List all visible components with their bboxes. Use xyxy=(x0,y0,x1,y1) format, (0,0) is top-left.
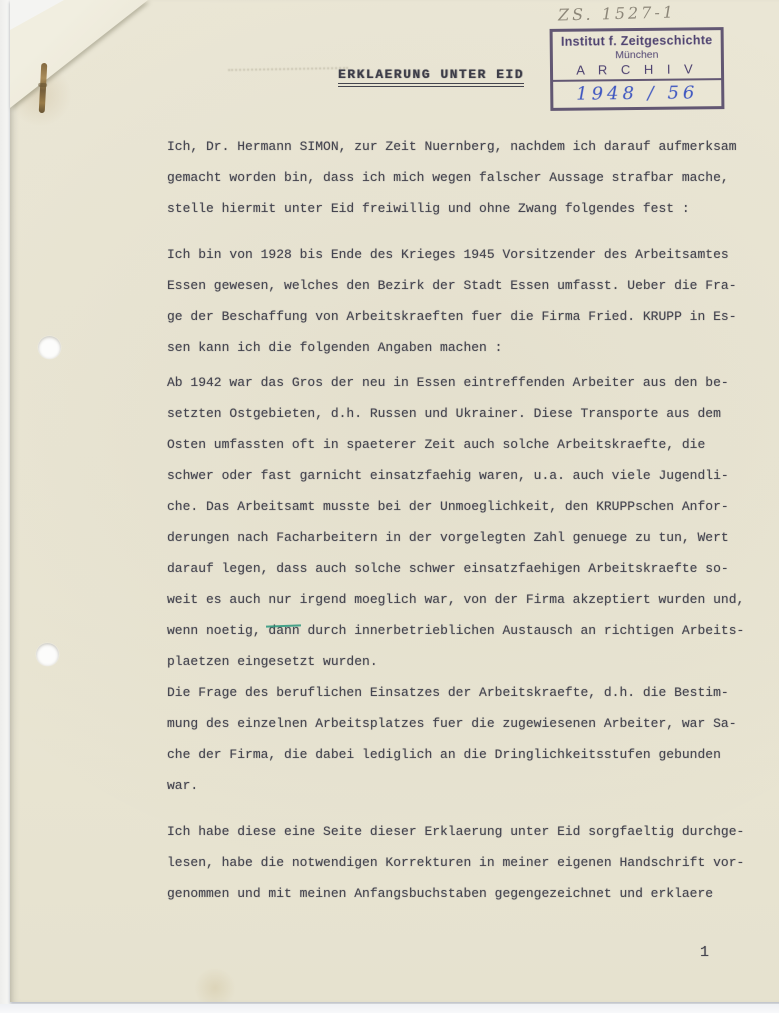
typewritten-line: darauf legen, dass auch solche schwer ei… xyxy=(167,553,767,584)
typewritten-line: sen kann ich die folgenden Angaben mache… xyxy=(167,332,767,363)
paragraph-closing: Ich habe diese eine Seite dieser Erklaer… xyxy=(167,816,767,909)
typewritten-line: ge der Beschaffung von Arbeitskraeften f… xyxy=(167,301,767,332)
pencil-archive-note: ZS. 1527-1 xyxy=(558,2,676,24)
typewritten-line: Ich habe diese eine Seite dieser Erklaer… xyxy=(167,816,767,847)
document-body: Ich, Dr. Hermann SIMON, zur Zeit Nuernbe… xyxy=(167,131,767,909)
document-scan: ZS. 1527-1 Institut f. Zeitgeschichte Mü… xyxy=(0,0,779,1013)
pencil-smudge xyxy=(228,57,348,71)
page-number: 1 xyxy=(700,944,709,961)
typewritten-line: Ich bin von 1928 bis Ende des Krieges 19… xyxy=(167,239,767,270)
corner-fold xyxy=(10,0,160,120)
scanner-edge xyxy=(0,1004,779,1013)
punch-hole-bottom xyxy=(36,643,59,666)
paragraph-oath-intro: Ich, Dr. Hermann SIMON, zur Zeit Nuernbe… xyxy=(167,131,767,224)
typewritten-line: Die Frage des beruflichen Einsatzes der … xyxy=(167,677,767,708)
line-segment: wenn noetig, xyxy=(167,623,268,638)
typewritten-line: genommen und mit meinen Anfangsbuchstabe… xyxy=(167,878,767,909)
typewritten-line: derungen nach Facharbeitern in der vorge… xyxy=(167,522,767,553)
typewritten-line: Ich, Dr. Hermann SIMON, zur Zeit Nuernbe… xyxy=(167,131,767,162)
typewritten-line: che der Firma, die dabei lediglich an di… xyxy=(167,739,767,770)
stamp-handwritten-number: 1948 / 56 xyxy=(553,78,721,108)
document-title: ERKLAERUNG UNTER EID xyxy=(338,67,524,87)
punch-hole-top xyxy=(38,336,61,359)
typewritten-line: Osten umfassten oft in spaeterer Zeit au… xyxy=(167,429,767,460)
paper-sheet: ZS. 1527-1 Institut f. Zeitgeschichte Mü… xyxy=(10,0,779,1002)
stamp-institute: Institut f. Zeitgeschichte xyxy=(553,30,721,49)
typewritten-line: Essen gewesen, welches den Bezirk der St… xyxy=(167,270,767,301)
typewritten-line: schwer oder fast garnicht einsatzfaehig … xyxy=(167,460,767,491)
stamp-archive-label: A R C H I V xyxy=(553,60,721,80)
typewritten-line: stelle hiermit unter Eid freiwillig und … xyxy=(167,193,767,224)
line-segment: durch innerbetrieblichen Austausch an ri… xyxy=(300,623,745,638)
typewritten-line: war. xyxy=(167,770,767,801)
typewritten-line-with-correction: wenn noetig, dann durch innerbetrieblich… xyxy=(167,615,767,646)
handwritten-correction-mark: dann xyxy=(268,623,299,638)
archive-stamp: Institut f. Zeitgeschichte München A R C… xyxy=(550,27,725,111)
typewritten-line: Ab 1942 war das Gros der neu in Essen ei… xyxy=(167,367,767,398)
typewritten-line: plaetzen eingesetzt wurden. xyxy=(167,646,767,677)
paragraph-position: Ich bin von 1928 bis Ende des Krieges 19… xyxy=(167,239,767,363)
typewritten-line: setzten Ostgebieten, d.h. Russen und Ukr… xyxy=(167,398,767,429)
paragraph-workers-1942: Ab 1942 war das Gros der neu in Essen ei… xyxy=(167,367,767,677)
typewritten-line: che. Das Arbeitsamt musste bei der Unmoe… xyxy=(167,491,767,522)
typewritten-line: weit es auch nur irgend moeglich war, vo… xyxy=(167,584,767,615)
typewritten-line: mung des einzelnen Arbeitsplatzes fuer d… xyxy=(167,708,767,739)
typewritten-line: lesen, habe die notwendigen Korrekturen … xyxy=(167,847,767,878)
typewritten-line: gemacht worden bin, dass ich mich wegen … xyxy=(167,162,767,193)
paragraph-job-assignment: Die Frage des beruflichen Einsatzes der … xyxy=(167,677,767,801)
